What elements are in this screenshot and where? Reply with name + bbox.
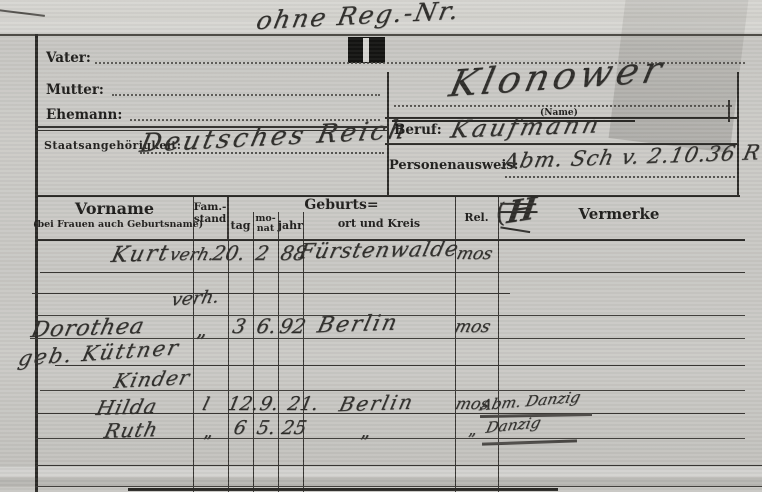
card-top-border bbox=[0, 34, 762, 36]
row-vorname: Ruth bbox=[102, 417, 161, 443]
col-tag: tag bbox=[228, 219, 253, 232]
card-left-border bbox=[35, 34, 38, 492]
col-famstand: stand bbox=[193, 213, 227, 225]
registration-card: ohne Reg.-Nr. Vater: Mutter: Ehemann: St… bbox=[0, 0, 762, 492]
name-rule bbox=[394, 105, 732, 107]
row-rel: mos bbox=[454, 244, 494, 264]
name-tick bbox=[728, 100, 730, 122]
col-geburts: Geburts= bbox=[228, 197, 455, 213]
col-ort: ort und Kreis bbox=[303, 217, 455, 230]
table-column-divider bbox=[228, 241, 229, 492]
row-ort: Berlin bbox=[315, 311, 401, 339]
vater-label: Vater: bbox=[46, 50, 91, 66]
table-column-divider bbox=[278, 241, 279, 492]
col-vorname-sub: (bei Frauen auch Geburtsname) bbox=[33, 219, 195, 230]
row-rule bbox=[40, 272, 745, 273]
row-rel: „ bbox=[468, 420, 476, 439]
row-famstand: verh. bbox=[169, 286, 221, 310]
stamp-mark bbox=[348, 37, 385, 63]
row-ort: „ bbox=[360, 420, 370, 442]
row-famstand: „ bbox=[196, 317, 206, 341]
handwritten-header-note: ohne Reg.-Nr. bbox=[254, 0, 463, 35]
row-famstand: verh. bbox=[167, 245, 217, 265]
personenausweis-rule bbox=[505, 176, 735, 178]
col-monat: nat bbox=[253, 223, 278, 234]
row-tag: 12. bbox=[226, 393, 261, 415]
rel-mark-stroke bbox=[500, 203, 536, 206]
row-jahr: 21. bbox=[286, 393, 321, 415]
table-column-divider bbox=[253, 241, 254, 492]
row-tag: 3 bbox=[230, 314, 248, 338]
handwritten-rel-mark: ( H bbox=[493, 191, 545, 240]
stamp-slit bbox=[363, 38, 369, 62]
col-rel: Rel. bbox=[455, 211, 498, 224]
beruf-label: Beruf: bbox=[394, 122, 442, 138]
row-tag: 20. bbox=[210, 241, 247, 265]
row-vermerk: Abm. Danzig bbox=[479, 388, 583, 414]
col-famstand: Fam.- bbox=[193, 201, 227, 213]
right-border bbox=[737, 72, 739, 195]
handwritten-beruf: Kaufmann bbox=[448, 110, 604, 143]
row-jahr: 92 bbox=[277, 314, 308, 338]
mutter-label: Mutter: bbox=[46, 82, 104, 98]
row-famstand: „ bbox=[203, 421, 212, 442]
table-column-divider bbox=[193, 241, 194, 492]
scan-band bbox=[0, 467, 762, 477]
ehemann-label: Ehemann: bbox=[46, 107, 122, 123]
row-rule bbox=[36, 486, 762, 487]
table-column-divider bbox=[498, 241, 499, 492]
row-vorname: Kinder bbox=[112, 365, 193, 393]
center-divider bbox=[387, 72, 389, 195]
row-tag: 6 bbox=[232, 417, 249, 439]
col-jahr: jahr bbox=[278, 219, 303, 232]
row-jahr: 25 bbox=[280, 417, 309, 439]
row-ort: Fürstenwalde bbox=[297, 237, 462, 264]
mutter-rule bbox=[112, 94, 380, 96]
row-famstand: l bbox=[200, 394, 211, 415]
row-vorname: Hilda bbox=[94, 394, 160, 420]
col-vorname: Vorname bbox=[36, 199, 193, 218]
heavy-bottom-rule bbox=[128, 488, 558, 491]
row-monat: 6. bbox=[254, 314, 278, 338]
rel-mark-stroke bbox=[500, 211, 538, 213]
row-rel: mos bbox=[452, 317, 492, 337]
page-corner-fold bbox=[0, 9, 45, 17]
row-ort: Berlin bbox=[337, 390, 417, 417]
row-rule bbox=[32, 293, 510, 294]
table-column-divider bbox=[455, 241, 456, 492]
row-vorname: Kurt bbox=[109, 241, 173, 268]
personenausweis-label: Personenausweis: bbox=[389, 158, 518, 173]
table-column-divider bbox=[303, 241, 304, 492]
row-monat: 5. bbox=[255, 417, 278, 439]
row-rule bbox=[36, 465, 762, 466]
vermerk-underline bbox=[482, 439, 577, 445]
